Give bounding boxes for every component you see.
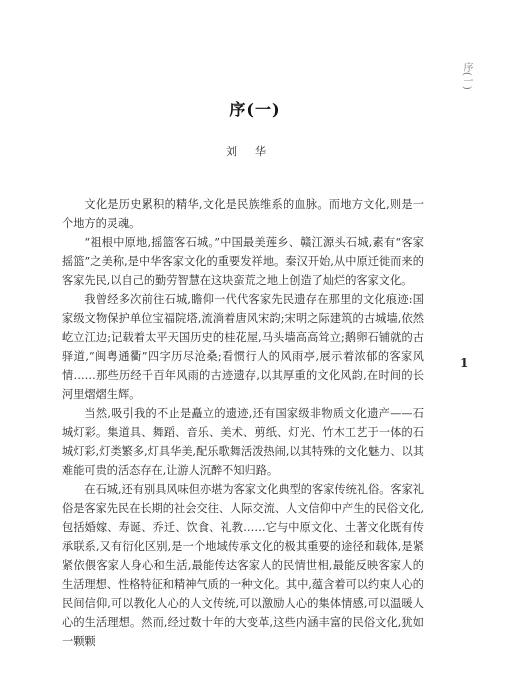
- page-number: 1: [460, 356, 468, 370]
- paragraph: “祖根中原地,摇篮客石城。”中国最美莲乡、赣江源头石城,素有“客家摇篮”之美称,…: [62, 233, 424, 290]
- paragraph: 当然,吸引我的不止是矗立的遗迹,还有国家级非物质文化遗产——石城灯彩。集道具、舞…: [62, 404, 424, 480]
- paragraph: 文化是历史累积的精华,文化是民族维系的血脉。而地方文化,则是一个地方的灵魂。: [62, 195, 424, 233]
- paragraph: 我曾经多次前往石城,瞻仰一代代客家先民遗存在那里的文化痕迹:国家级文物保护单位宝…: [62, 290, 424, 404]
- page-title: 序(一): [0, 97, 510, 120]
- body-text: 文化是历史累积的精华,文化是民族维系的血脉。而地方文化,则是一个地方的灵魂。 “…: [62, 195, 424, 651]
- paragraph: 在石城,还有别具风味但亦堪为客家文化典型的客家传统礼俗。客家礼俗是客家先民在长期…: [62, 480, 424, 651]
- author-label: 刘华: [226, 145, 284, 158]
- running-head: 序(一): [458, 62, 472, 90]
- author-name: 刘华: [0, 143, 510, 159]
